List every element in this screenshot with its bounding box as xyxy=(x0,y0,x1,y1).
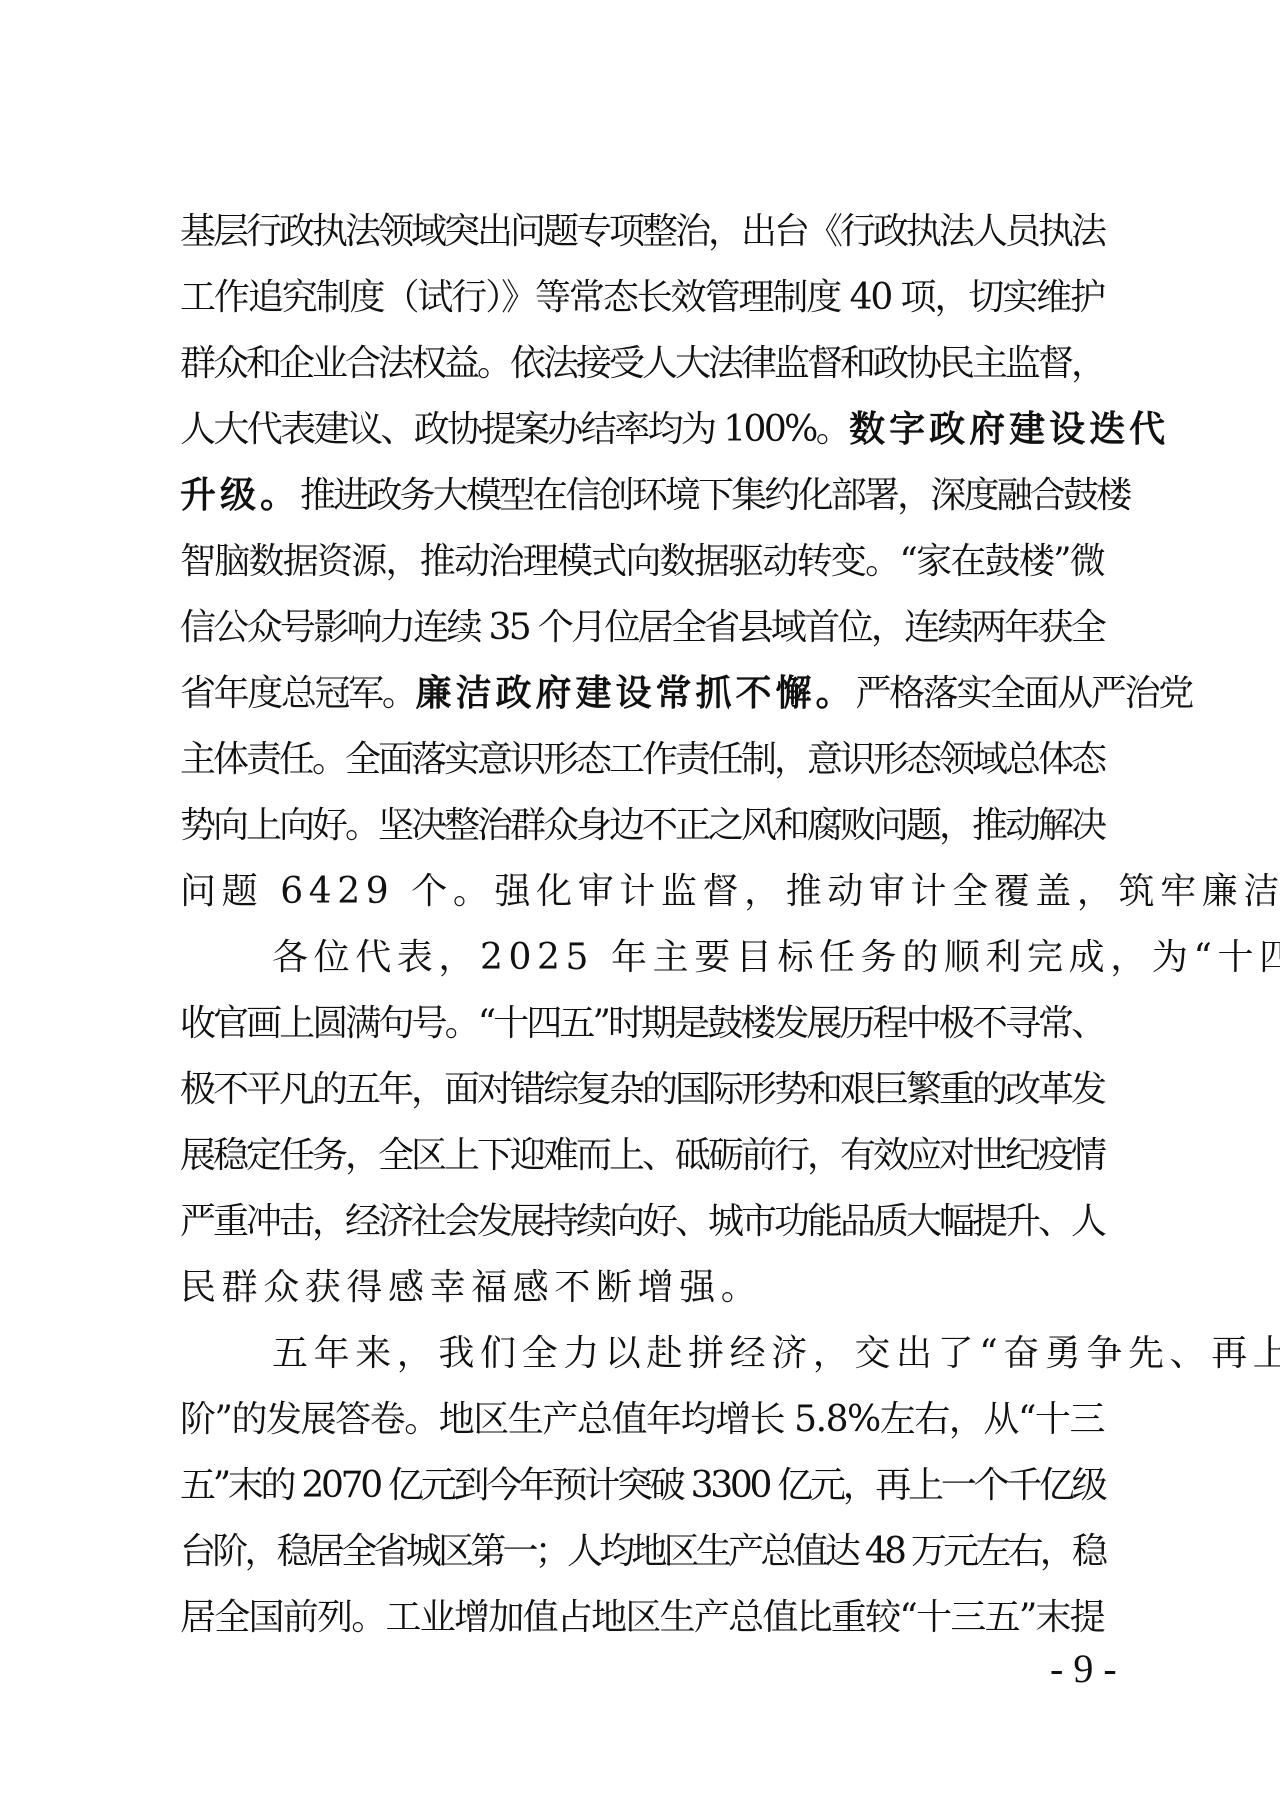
text-segment: 群众和企业合法权益。依法接受人大法律监督和政协民主监督， xyxy=(180,343,1104,384)
text-segment: 主体责任。全面落实意识形态工作责任制，意识形态领域总体态 xyxy=(180,739,1104,780)
text-line: 展稳定任务，全区上下迎难而上、砥砺前行，有效应对世纪疫情 xyxy=(180,1123,1104,1189)
text-line: 势向上向好。坚决整治群众身边不正之风和腐败问题，推动解决 xyxy=(180,793,1104,859)
document-page: 基层行政执法领域突出问题专项整治，出台《行政执法人员执法 工作追究制度（试行）》… xyxy=(0,0,1280,1795)
text-segment: 信公众号影响力连续 35 个月位居全省县域首位，连续两年获全 xyxy=(180,607,1104,648)
text-segment: 智脑数据资源，推动治理模式向数据驱动转变。“家在鼓楼”微 xyxy=(180,541,1104,582)
text-segment: 人大代表建议、政协提案办结率均为 100%。 xyxy=(180,409,849,450)
text-line: 台阶，稳居全省城区第一；人均地区生产总值达 48 万元左右，稳 xyxy=(180,1519,1104,1585)
text-segment: 民群众获得感幸福感不断增强。 xyxy=(180,1267,762,1308)
text-line: 群众和企业合法权益。依法接受人大法律监督和政协民主监督， xyxy=(180,331,1104,397)
text-segment: 极不平凡的五年，面对错综复杂的国际形势和艰巨繁重的改革发 xyxy=(180,1069,1104,1110)
text-segment: 势向上向好。坚决整治群众身边不正之风和腐败问题，推动解决 xyxy=(180,805,1104,846)
text-line: 居全国前列。工业增加值占地区生产总值比重较“十三五”末提 xyxy=(180,1585,1104,1651)
text-segment: 推进政务大模型在信创环境下集约化部署，深度融合鼓楼 xyxy=(300,475,1129,516)
text-segment: 五”末的 2070 亿元到今年预计突破 3300 亿元，再上一个千亿级 xyxy=(180,1465,1104,1506)
text-line: 智脑数据资源，推动治理模式向数据驱动转变。“家在鼓楼”微 xyxy=(180,529,1104,595)
text-segment: 阶”的发展答卷。地区生产总值年均增长 5.8%左右，从“十三 xyxy=(180,1399,1104,1440)
text-line: 基层行政执法领域突出问题专项整治，出台《行政执法人员执法 xyxy=(180,199,1104,265)
bold-heading-digital-government-end: 升级。 xyxy=(180,475,300,516)
text-line: 五”末的 2070 亿元到今年预计突破 3300 亿元，再上一个千亿级 xyxy=(180,1453,1104,1519)
body-text: 基层行政执法领域突出问题专项整治，出台《行政执法人员执法 工作追究制度（试行）》… xyxy=(180,199,1104,1651)
text-line: 阶”的发展答卷。地区生产总值年均增长 5.8%左右，从“十三 xyxy=(180,1387,1104,1453)
text-line: 人大代表建议、政协提案办结率均为 100%。数字政府建设迭代 xyxy=(180,397,1104,463)
bold-heading-digital-government: 数字政府建设迭代 xyxy=(849,409,1169,450)
paragraph-start-line: 五年来，我们全力以赴拼经济，交出了“奋勇争先、再上台 xyxy=(180,1321,1104,1387)
text-line: 民群众获得感幸福感不断增强。 xyxy=(180,1255,1104,1321)
text-segment: 展稳定任务，全区上下迎难而上、砥砺前行，有效应对世纪疫情 xyxy=(180,1135,1104,1176)
text-line: 主体责任。全面落实意识形态工作责任制，意识形态领域总体态 xyxy=(180,727,1104,793)
text-segment: 问题 6429 个。强化审计监督，推动审计全覆盖，筑牢廉洁防线。 xyxy=(180,871,1280,912)
text-line: 问题 6429 个。强化审计监督，推动审计全覆盖，筑牢廉洁防线。 xyxy=(180,859,1104,925)
text-line: 收官画上圆满句号。“十四五”时期是鼓楼发展历程中极不寻常、 xyxy=(180,991,1104,1057)
text-segment: 基层行政执法领域突出问题专项整治，出台《行政执法人员执法 xyxy=(180,211,1104,252)
text-segment: 省年度总冠军。 xyxy=(180,673,415,714)
text-line: 极不平凡的五年，面对错综复杂的国际形势和艰巨繁重的改革发 xyxy=(180,1057,1104,1123)
paragraph-start-line: 各位代表，2025 年主要目标任务的顺利完成，为“十四五” xyxy=(180,925,1104,991)
text-line: 严重冲击，经济社会发展持续向好、城市功能品质大幅提升、人 xyxy=(180,1189,1104,1255)
bold-heading-clean-government: 廉洁政府建设常抓不懈。 xyxy=(415,673,855,714)
text-segment: 居全国前列。工业增加值占地区生产总值比重较“十三五”末提 xyxy=(180,1597,1104,1638)
text-line: 省年度总冠军。廉洁政府建设常抓不懈。严格落实全面从严治党 xyxy=(180,661,1104,727)
text-segment: 严格落实全面从严治党 xyxy=(855,673,1191,714)
text-segment: 各位代表，2025 年主要目标任务的顺利完成，为“十四五” xyxy=(272,937,1280,978)
text-segment: 收官画上圆满句号。“十四五”时期是鼓楼发展历程中极不寻常、 xyxy=(180,1003,1104,1044)
text-segment: 五年来，我们全力以赴拼经济，交出了“奋勇争先、再上台 xyxy=(272,1333,1280,1374)
text-segment: 台阶，稳居全省城区第一；人均地区生产总值达 48 万元左右，稳 xyxy=(180,1531,1104,1572)
text-line: 信公众号影响力连续 35 个月位居全省县域首位，连续两年获全 xyxy=(180,595,1104,661)
text-line: 工作追究制度（试行）》等常态长效管理制度 40 项，切实维护 xyxy=(180,265,1104,331)
text-segment: 严重冲击，经济社会发展持续向好、城市功能品质大幅提升、人 xyxy=(180,1201,1104,1242)
page-number: - 9 - xyxy=(1050,1645,1117,1692)
text-line: 升级。推进政务大模型在信创环境下集约化部署，深度融合鼓楼 xyxy=(180,463,1104,529)
text-segment: 工作追究制度（试行）》等常态长效管理制度 40 项，切实维护 xyxy=(180,277,1104,318)
